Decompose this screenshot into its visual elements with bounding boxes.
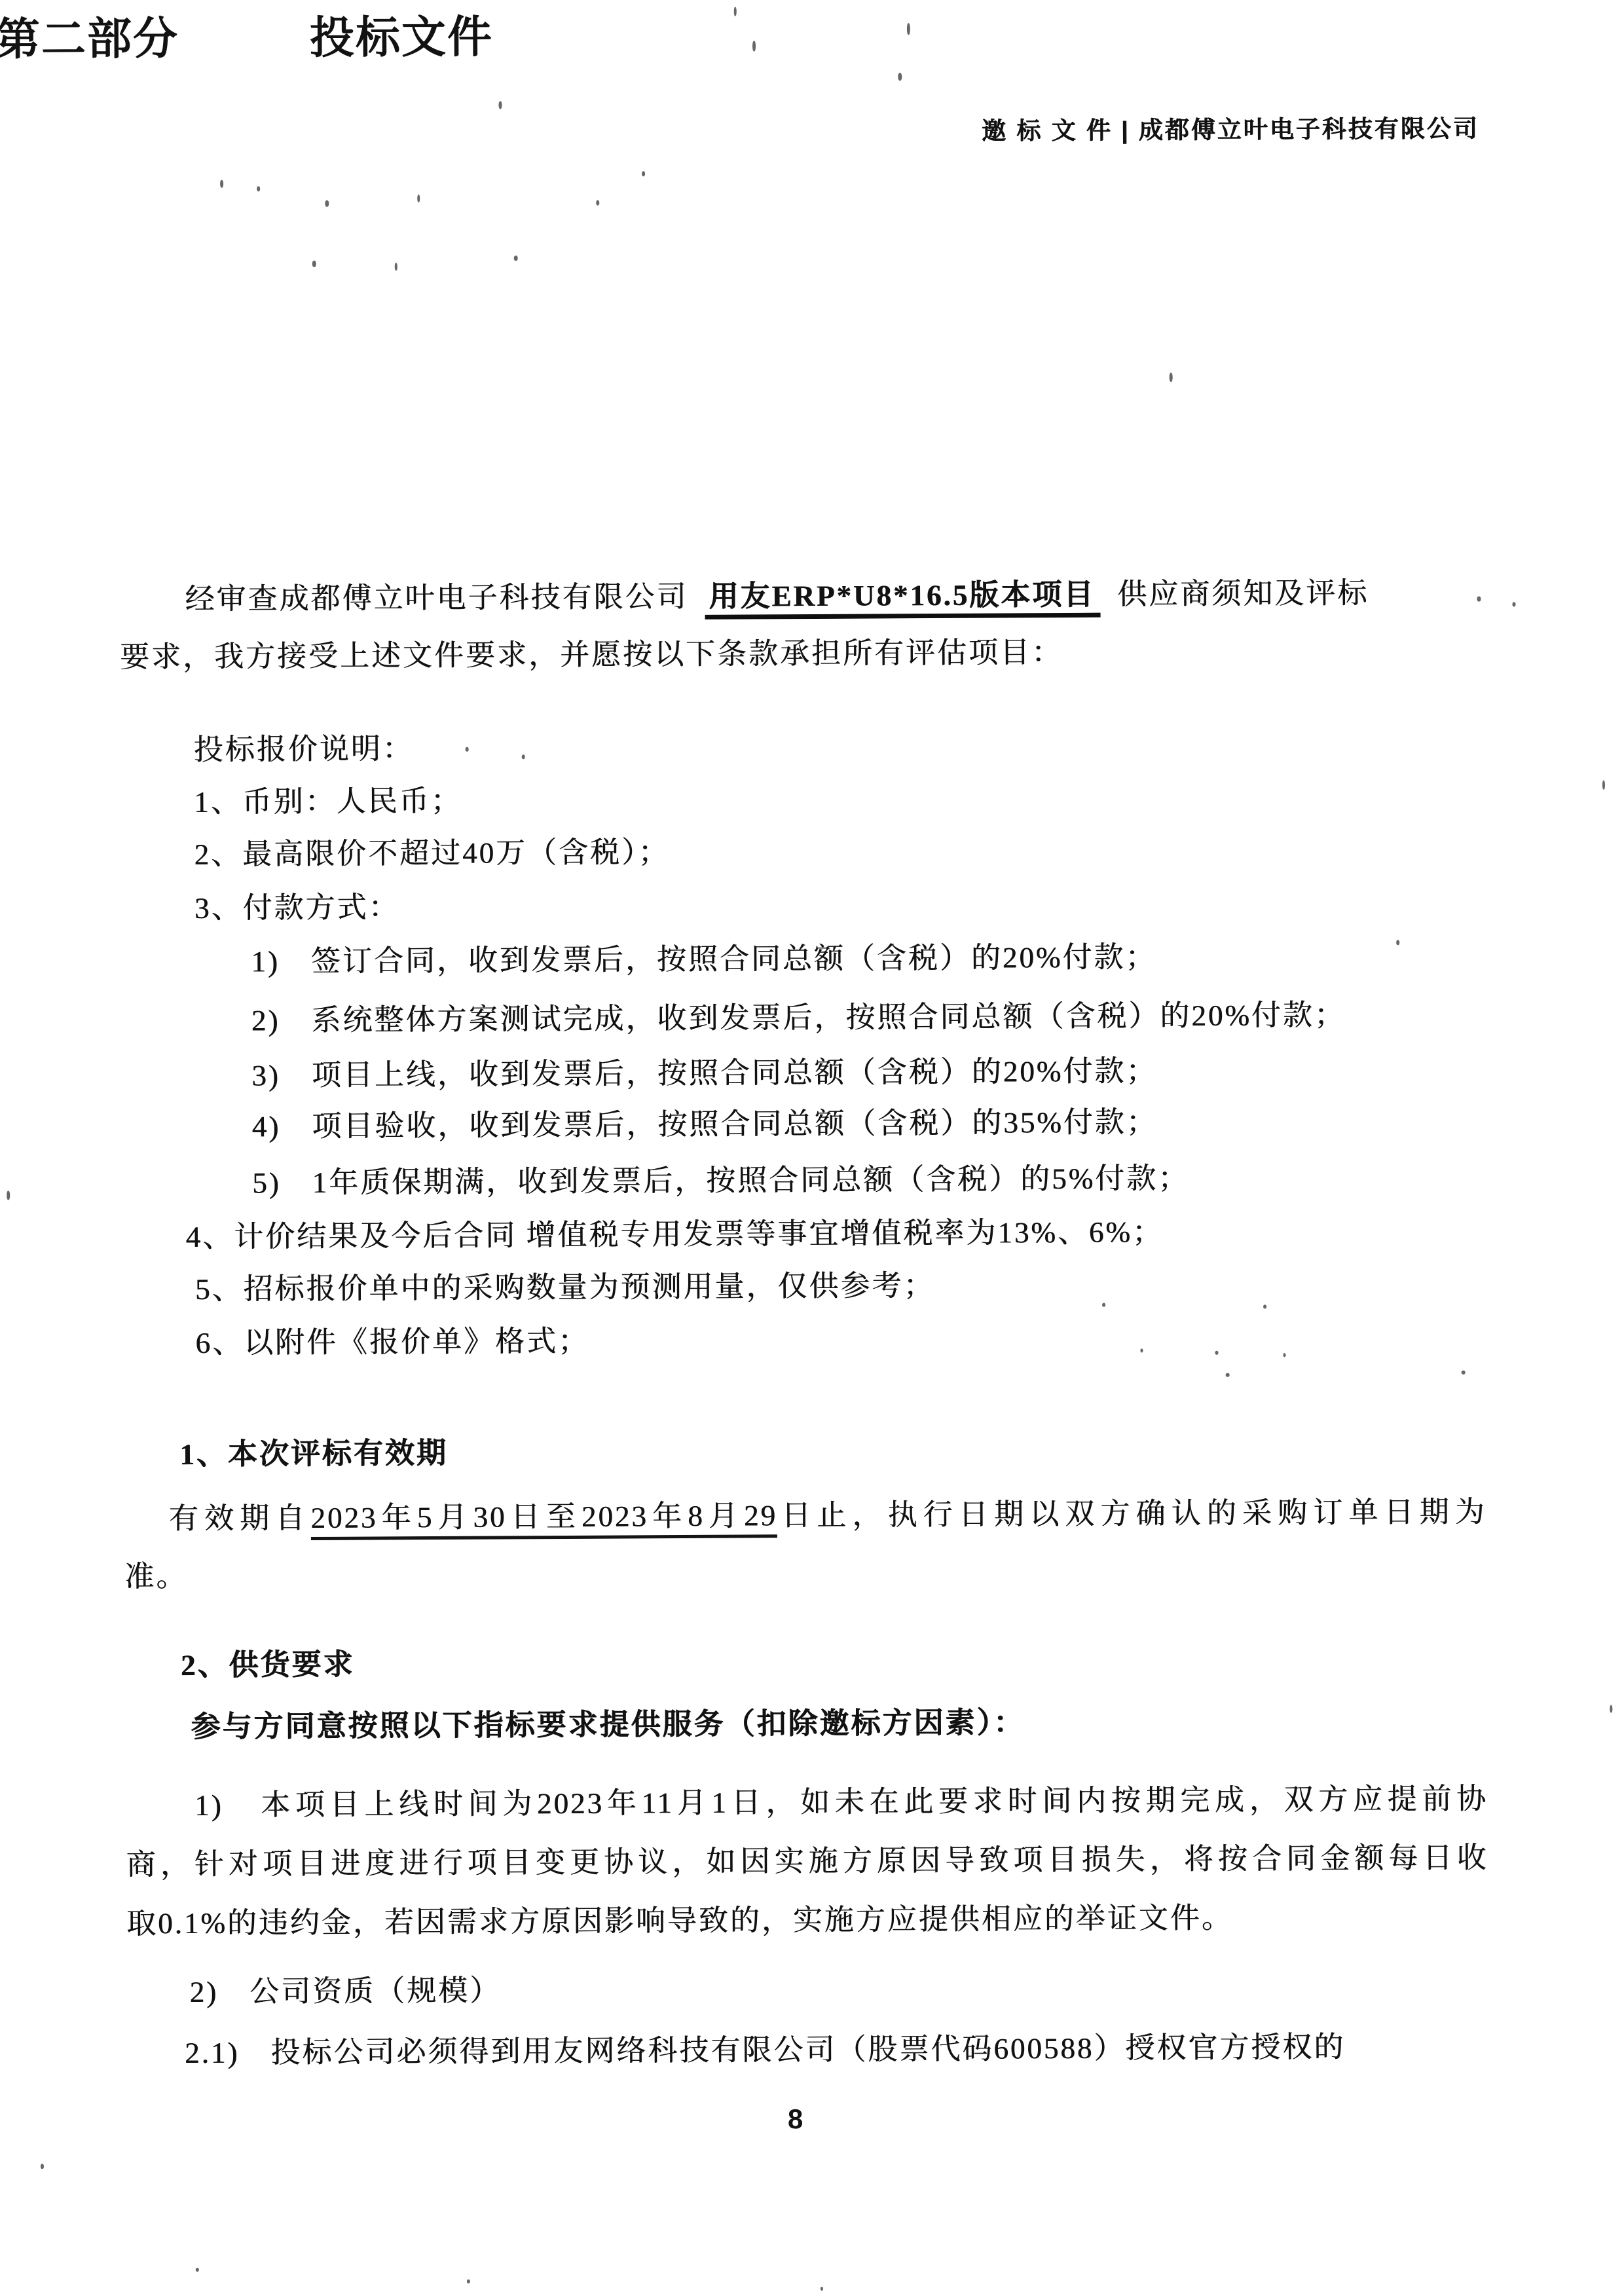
section-validity-heading: 1、本次评标有效期 [124,1428,1486,1475]
scanned-document-page: 邀 标 文 件 | 成都傅立叶电子科技有限公司 第二部分 投标文件 经审查成都傅… [0,0,1624,2292]
validity-line-2: 准。 [124,1550,1486,1597]
scan-artifact [907,23,910,35]
pricing-item-quotation-format: 6、以附件《报价单》格式； [123,1317,1485,1363]
supply-item2-1-authorization: 2.1) 投标公司必须得到用友网络科技有限公司（股票代码600588）授权官方授… [127,2027,1489,2073]
scan-artifact [467,2280,470,2283]
scan-artifact [498,101,502,109]
supply-item2-qualification: 2) 公司资质（规模） [126,1966,1488,2012]
section-supply-heading: 2、供货要求 [125,1639,1487,1686]
scan-artifact [1602,781,1605,790]
payment-term-5: 5) 1年质保期满，收到发票后，按照合同总额（含税）的5%付款； [122,1157,1485,1204]
scan-artifact [1477,597,1481,602]
scan-artifact [196,2268,199,2272]
payment-term-2: 2) 系统整体方案测试完成，收到发票后，按照合同总额（含税）的20%付款； [122,995,1484,1041]
pricing-item-quantity-note: 5、招标报价单中的采购数量为预测用量，仅供参考； [123,1263,1485,1310]
scan-artifact [514,255,518,261]
validity-prefix-text: 有效期自 [169,1502,311,1535]
scan-artifact [1140,1348,1143,1352]
validity-suffix-text: 日止，执行日期以双方确认的采购订单日期为 [777,1496,1486,1532]
supply-item1-line-2: 商，针对项目进度进行项目变更协议，如因实施方原因导致项目损失，将按合同金额每日收 [126,1838,1488,1885]
scan-artifact [1170,373,1173,382]
project-name-underlined: 用友ERP*U8*16.5版本项目 [705,578,1100,619]
scan-artifact [752,41,756,51]
scan-artifact [596,200,599,206]
scan-artifact [41,2164,44,2169]
payment-term-3: 3) 项目上线，收到发票后，按照合同总额（含税）的20%付款； [122,1050,1484,1096]
scan-artifact [821,2287,823,2291]
supply-subheading: 参与方同意按照以下指标要求提供服务（扣除邀标方因素）： [125,1701,1487,1747]
scan-artifact [898,73,902,81]
scan-artifact [522,754,525,759]
pricing-item-payment-method: 3、付款方式： [121,882,1483,929]
intro-lead-text: 经审查成都傅立叶电子科技有限公司 [185,580,688,616]
title-document-name: 投标文件 [310,2,494,66]
scan-artifact [257,186,260,191]
intro-tail-text: 供应商须知及评标 [1117,577,1369,611]
scan-artifact [312,261,316,267]
supply-item1-line-3: 取0.1%的违约金，若因需求方原因影响导致的，实施方应提供相应的举证文件。 [126,1897,1488,1944]
document-content: 邀 标 文 件 | 成都傅立叶电子科技有限公司 第二部分 投标文件 经审查成都傅… [0,0,1624,2292]
document-header: 邀 标 文 件 | 成都傅立叶电子科技有限公司 [117,109,1479,156]
intro-line-1: 经审查成都傅立叶电子科技有限公司用友ERP*U8*16.5版本项目供应商须知及评… [119,573,1481,619]
scan-artifact [1283,1353,1285,1357]
scan-artifact [417,194,420,202]
scan-artifact [1263,1304,1266,1308]
scan-artifact [7,1191,10,1200]
page-title: 第二部分 投标文件 [0,0,1619,68]
scan-artifact [734,7,737,16]
scan-artifact [1462,1371,1466,1375]
pricing-heading: 投标报价说明： [120,724,1482,770]
scan-artifact [395,263,397,270]
intro-line-2: 要求，我方接受上述文件要求，并愿按以下条款承担所有评估项目： [120,631,1482,677]
scan-artifact [642,171,645,176]
payment-term-1: 1) 签订合同，收到发票后，按照合同总额（含税）的20%付款； [121,936,1483,982]
scan-artifact [1226,1373,1230,1377]
scan-artifact [1512,602,1515,606]
page-number: 8 [0,2099,1608,2139]
scan-artifact [1610,1705,1612,1713]
scan-artifact [325,200,329,207]
scan-artifact [1396,940,1399,945]
payment-term-4: 4) 项目验收，收到发票后，按照合同总额（含税）的35%付款； [122,1101,1485,1147]
pricing-item-currency: 1、币别：人民币； [120,776,1483,823]
scan-artifact [1102,1303,1105,1307]
pricing-item-price-cap: 2、最高限价不超过40万（含税）； [120,828,1483,875]
title-part-number: 第二部分 [0,3,179,67]
scan-artifact [220,180,223,188]
scan-artifact [466,747,469,752]
supply-item1-line-1: 1) 本项目上线时间为2023年11月1日，如未在此要求时间内按期完成，双方应提… [126,1779,1488,1826]
validity-period-underlined: 2023年5月30日至2023年8月29 [310,1499,777,1540]
scan-artifact [1215,1351,1218,1355]
pricing-item-vat: 4、计价结果及今后合同 增值税专用发票等事宜增值税率为13%、6%； [122,1211,1485,1257]
validity-line-1: 有效期自2023年5月30日至2023年8月29日止，执行日期以双方确认的采购订… [124,1492,1486,1539]
